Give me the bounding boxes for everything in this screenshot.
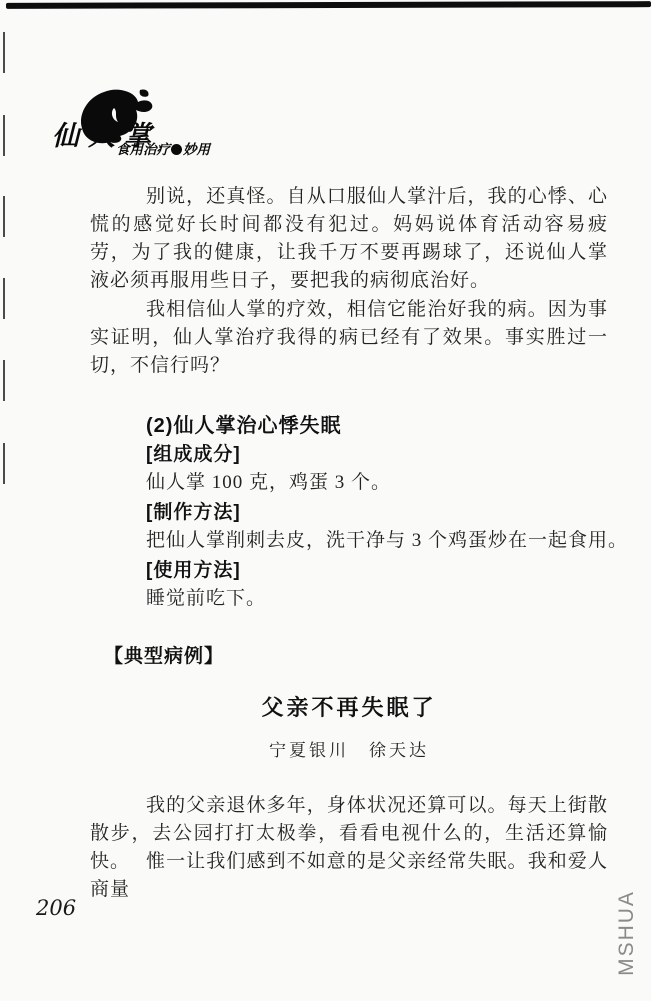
logo-subtitle: 食用治疗妙用 [116,138,210,158]
logo-subtitle-post: 妙用 [183,142,210,157]
recipe-usage-label: [使用方法] [146,555,241,582]
recipe-ingredients-label: [组成成分] [146,439,241,466]
margin-tick [3,196,5,237]
story-byline: 宁夏银川 徐天达 [90,736,608,761]
margin-tick [3,278,5,319]
intro-paragraph-1: 别说，还真怪。自从口服仙人掌汁后，我的心悸、心慌的感觉好长时间都没有犯过。妈妈说… [90,183,608,295]
typical-case-label: 【典型病例】 [104,641,224,668]
book-brand-logo: 仙人掌 食用治疗妙用 [52,88,272,160]
logo-subtitle-pre: 食用治疗 [116,142,170,157]
watermark-text: MSHUA [615,873,639,993]
intro-paragraph-2: 我相信仙人掌的疗效，相信它能治好我的病。因为事实证明，仙人掌治疗我得的病已经有了… [90,296,608,380]
recipe-ingredients-text: 仙人掌 100 克，鸡蛋 3 个。 [146,467,391,494]
recipe-preparation-text: 把仙人掌削刺去皮，洗干净与 3 个鸡蛋炒在一起食用。 [146,525,628,552]
margin-tick [3,32,5,73]
recipe-usage-text: 睡觉前吃下。 [146,583,266,610]
story-title: 父亲不再失眠了 [90,691,608,722]
recipe-preparation-label: [制作方法] [146,497,241,524]
top-border-rule [6,1,651,9]
margin-tick [3,360,5,401]
margin-tick [3,443,5,484]
page-number: 206 [36,896,76,920]
dot-separator-icon [171,144,182,155]
story-paragraph-2: 惟一让我们感到不如意的是父亲经常失眠。我和爱人商量 [90,848,608,904]
margin-tick [3,115,5,156]
scanned-book-page: 仙人掌 食用治疗妙用 别说，还真怪。自从口服仙人掌汁后，我的心悸、心慌的感觉好长… [0,0,651,1001]
recipe-heading: (2)仙人掌治心悸失眠 [146,409,341,438]
